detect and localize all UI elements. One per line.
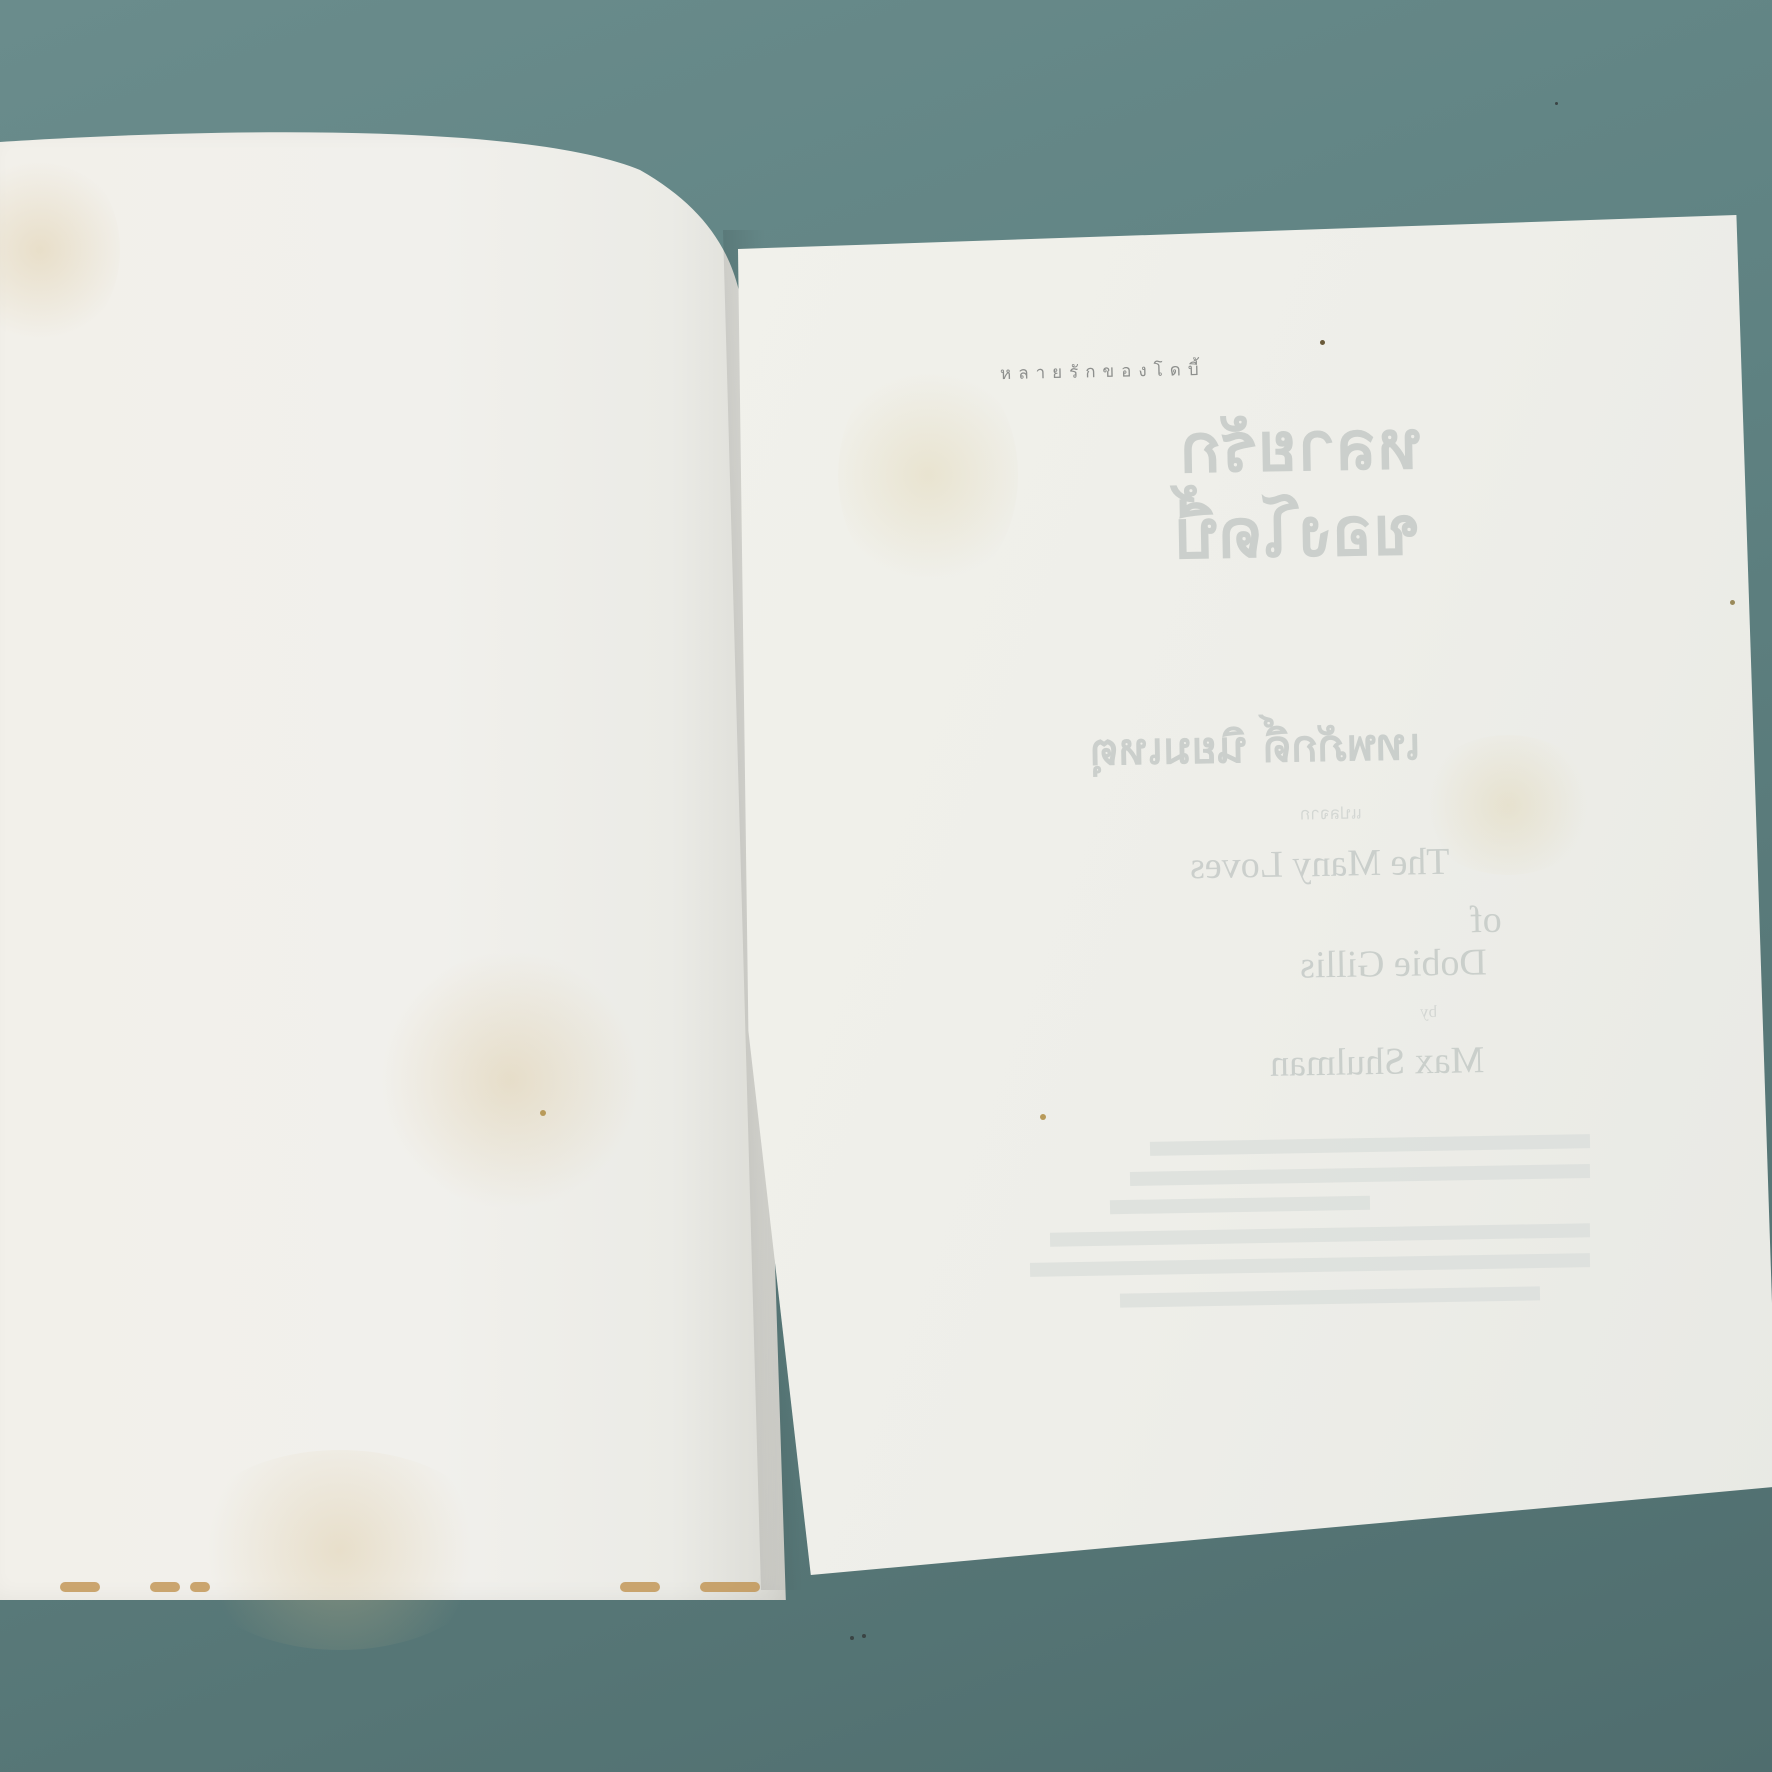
bleed-original-title-1: The Many Loves bbox=[1190, 840, 1450, 889]
left-page bbox=[0, 130, 790, 1600]
foxing-mark bbox=[620, 1582, 660, 1592]
speck bbox=[1730, 600, 1735, 605]
speck bbox=[540, 1110, 546, 1116]
running-title: หลายรักของโดบี้ bbox=[1000, 356, 1206, 387]
foxing-mark bbox=[700, 1582, 760, 1592]
bleed-translated-from: แปลจาก bbox=[1300, 799, 1362, 827]
speck bbox=[1040, 1114, 1046, 1120]
age-stain bbox=[0, 150, 120, 350]
dust-speck bbox=[1555, 102, 1558, 105]
bleed-translator: เทพภักดิ์ นิยมเหตุ bbox=[1089, 709, 1420, 785]
foxing-mark bbox=[190, 1582, 210, 1592]
dust-speck bbox=[862, 1634, 866, 1638]
age-stain bbox=[180, 1450, 500, 1650]
foxing-mark bbox=[150, 1582, 180, 1592]
bleed-author-prefix: by bbox=[1420, 1002, 1437, 1022]
book-photo: หลายรักของโดบี้ หลายรัก ของโดบี้ เทพภักด… bbox=[0, 0, 1772, 1772]
bleed-title-line-2: ของโดบี้ bbox=[1174, 476, 1420, 588]
bleed-original-title-3: Dobie Gillis bbox=[1300, 940, 1488, 987]
speck bbox=[1320, 340, 1325, 345]
age-stain bbox=[838, 355, 1018, 595]
dust-speck bbox=[850, 1636, 854, 1640]
bleed-original-author: Max Shulman bbox=[1270, 1038, 1485, 1086]
bleed-original-title-2: of bbox=[1470, 898, 1502, 943]
age-stain bbox=[380, 950, 640, 1210]
foxing-mark bbox=[60, 1582, 100, 1592]
